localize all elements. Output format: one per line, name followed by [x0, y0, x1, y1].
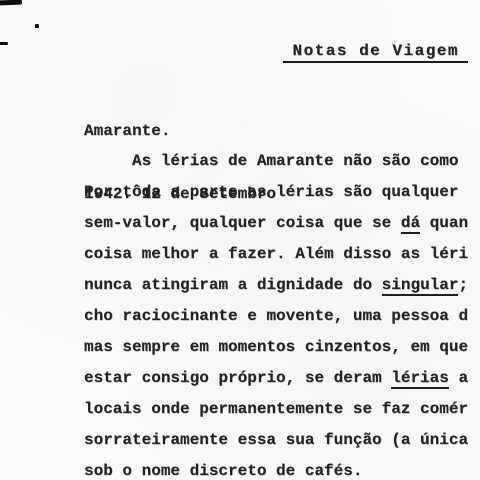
scan-artifact-corner-mark [0, 0, 22, 5]
underlined-word: dá [401, 214, 420, 234]
page-title: Notas de Viagem [239, 24, 468, 78]
body-segment: mas sempre em momentos cinzentos, em que [84, 338, 468, 356]
body-line: mas sempre em momentos cinzentos, em que [84, 332, 480, 363]
scan-artifact-edge-dash [0, 42, 8, 45]
body-segment: a [449, 369, 468, 387]
body-line: sem-valor, qualquer coisa que se dá quan [84, 208, 480, 239]
body-segment: nunca atingiram a dignidade do [84, 276, 382, 294]
body-segment: As lérias de Amarante não são como [132, 152, 468, 170]
body-segment: locais onde permanentemente se faz comér [84, 400, 468, 418]
body-segment: Por tôda a parte as lérias são qualquer [84, 183, 468, 201]
underlined-word: lérias [391, 369, 449, 389]
body-line: As lérias de Amarante não são como [84, 146, 480, 177]
body-segment: estar consigo próprio, se deram [84, 369, 391, 387]
body-segment: sob o nome discreto de cafés. [84, 462, 362, 480]
body-line: coisa melhor a fazer. Além disso as léri [84, 239, 480, 270]
body-line: Por tôda a parte as lérias são qualquer [84, 177, 480, 208]
body-text: As lérias de Amarante não são como Por t… [84, 146, 480, 480]
body-segment: sorrateiramente essa sua função (a única [84, 431, 468, 449]
location-line: Amarante. [84, 121, 276, 142]
body-segment: sem-valor, qualquer coisa que se [84, 214, 401, 232]
document-page: Notas de Viagem Amarante. 1942. 12 de Se… [0, 0, 480, 480]
body-line: estar consigo próprio, se deram lérias a [84, 363, 480, 394]
body-segment: coisa melhor a fazer. Além disso as léri [84, 245, 468, 263]
body-segment: ; [458, 276, 468, 294]
body-line: locais onde permanentemente se faz comér [84, 394, 480, 425]
body-line: cho raciocinante e movente, uma pessoa d [84, 301, 480, 332]
page-title-text: Notas de Viagem [283, 42, 468, 63]
underlined-word: singular [382, 276, 459, 296]
body-line: sob o nome discreto de cafés. [84, 456, 480, 480]
body-line: sorrateiramente essa sua função (a única [84, 425, 480, 456]
body-line: nunca atingiram a dignidade do singular; [84, 270, 480, 301]
body-segment: quan [420, 214, 468, 232]
body-segment: cho raciocinante e movente, uma pessoa d [84, 307, 468, 325]
scan-artifact-ink-dot [35, 24, 39, 28]
